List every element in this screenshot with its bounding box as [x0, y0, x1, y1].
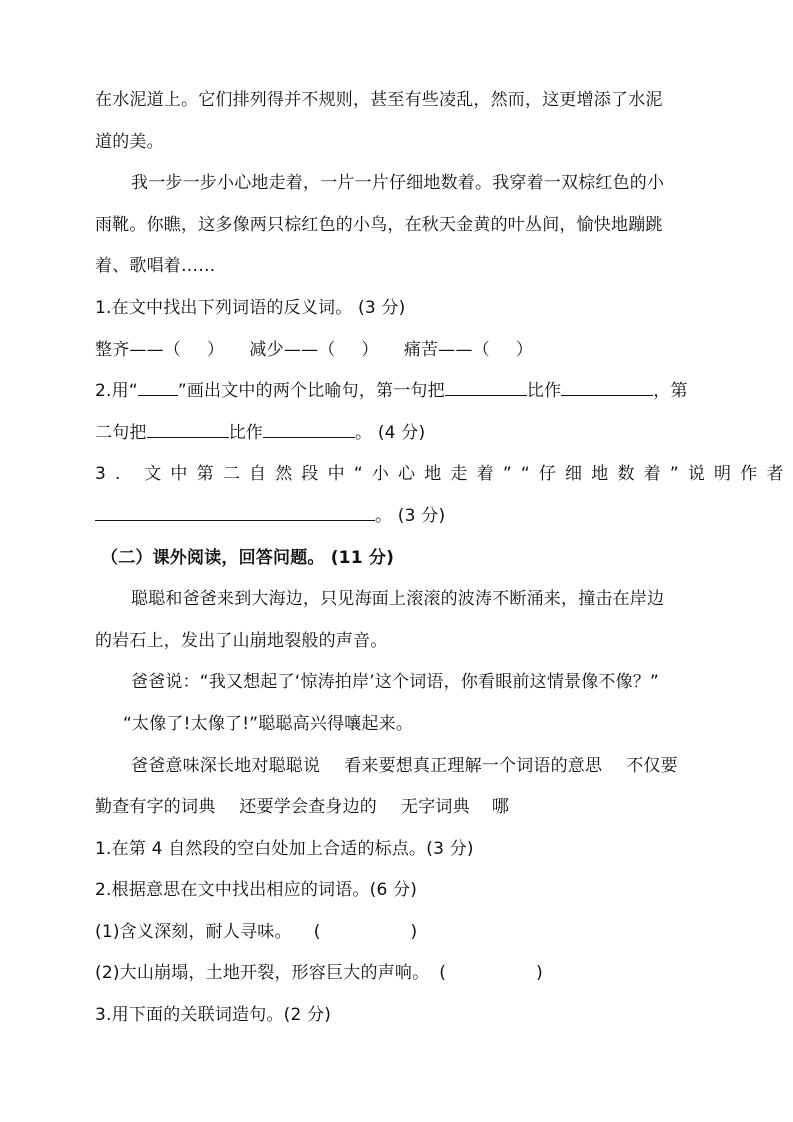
section2-question-2-item: (1)含义深刻，耐人寻味。() — [95, 912, 720, 954]
question-3-line1: 3. 文中第二自然段中“小心地走着”“仔细地数着”说明作者 — [95, 454, 720, 496]
underline-sample — [138, 381, 178, 396]
passage-line: 的岩石上，发出了山崩地裂般的声音。 — [95, 621, 720, 663]
question-1-title: 1.在文中找出下列词语的反义词。 (3 分) — [95, 288, 720, 330]
antonym-item-word: 痛苦——（ — [404, 340, 490, 360]
passage-text: 不仅要 — [626, 756, 678, 776]
answer-blank[interactable] — [263, 423, 355, 438]
passage-line: 雨靴。你瞧，这多像两只棕红色的小鸟，在秋天金黄的叶丛间，愉快地蹦跳 — [95, 205, 720, 247]
passage-line: 我一步一步小心地走着，一片一片仔细地数着。我穿着一双棕红色的小 — [95, 163, 720, 205]
paren-open: ( — [314, 922, 321, 942]
antonym-item-close: ） — [516, 340, 533, 360]
answer-blank[interactable] — [445, 381, 527, 396]
passage-text: 看来要想真正理解一个词语的意思 — [344, 756, 602, 776]
passage-line: 聪聪和爸爸来到大海边，只见海面上滚滚的波涛不断涌来，撞击在岸边 — [95, 579, 720, 621]
section2-question-1: 1.在第 4 自然段的空白处加上合适的标点。(3 分) — [95, 829, 720, 871]
passage-line: 在水泥道上。它们排列得并不规则，甚至有些凌乱，然而，这更增添了水泥 — [95, 80, 720, 122]
question-text: 。 (4 分) — [355, 423, 425, 443]
answer-blank[interactable] — [561, 381, 653, 396]
question-text: 比作 — [527, 381, 561, 401]
passage-text: 爸爸意味深长地对聪聪说 — [131, 756, 320, 776]
passage-text: 勤查有字的词典 — [95, 797, 215, 817]
antonym-item-word: 整齐——（ — [95, 340, 181, 360]
question-1-items: 整齐——（） 减少——（） 痛苦——（） — [95, 330, 720, 372]
antonym-item-word: 减少——（ — [249, 340, 335, 360]
paren-close: ) — [411, 922, 418, 942]
antonym-item-close: ） — [207, 340, 224, 360]
passage-line-punctuation-gaps: 爸爸意味深长地对聪聪说看来要想真正理解一个词语的意思不仅要 — [95, 746, 720, 788]
passage-line: 着、歌唱着…… — [95, 246, 720, 288]
question-text: 比作 — [229, 423, 263, 443]
passage-line: 道的美。 — [95, 122, 720, 164]
question-text: 。 (3 分) — [375, 506, 445, 526]
antonym-item-close: ） — [361, 340, 378, 360]
question-text: 2.用“ — [95, 381, 138, 401]
section2-question-2-item: (2)大山崩塌，土地开裂，形容巨大的声响。() — [95, 953, 720, 995]
question-3-line2: 。 (3 分) — [95, 496, 720, 538]
passage-text: 还要学会查身边的 — [239, 797, 377, 817]
passage-line: 爸爸说：“我又想起了‘惊涛拍岸’这个词语，你看眼前这情景像不像？” — [95, 662, 720, 704]
section-heading: （二）课外阅读，回答问题。 (11 分) — [95, 538, 720, 580]
section2-question-3: 3.用下面的关联词造句。(2 分) — [95, 995, 720, 1037]
question-2-line2: 二句把比作。 (4 分) — [95, 413, 720, 455]
question-2-line1: 2.用“”画出文中的两个比喻句，第一句把比作，第 — [95, 371, 720, 413]
answer-blank[interactable] — [95, 506, 375, 521]
section2-question-2-title: 2.根据意思在文中找出相应的词语。(6 分) — [95, 870, 720, 912]
passage-text: 哪 — [492, 797, 509, 817]
passage-line-punctuation-gaps: 勤查有字的词典还要学会查身边的无字词典哪 — [95, 787, 720, 829]
question-text: (2)大山崩塌，土地开裂，形容巨大的声响。 — [95, 963, 429, 983]
question-text: (1)含义深刻，耐人寻味。 — [95, 922, 292, 942]
passage-text: 无字词典 — [401, 797, 470, 817]
question-text: 二句把 — [95, 423, 147, 443]
question-text: ”画出文中的两个比喻句，第一句把 — [178, 381, 445, 401]
paren-open: ( — [439, 963, 446, 983]
paren-close: ) — [536, 963, 543, 983]
passage-line: “太像了!太像了!”聪聪高兴得嚷起来。 — [95, 704, 720, 746]
document-page: 在水泥道上。它们排列得并不规则，甚至有些凌乱，然而，这更增添了水泥 道的美。 我… — [95, 80, 720, 1037]
question-text: ，第 — [653, 381, 687, 401]
answer-blank[interactable] — [147, 423, 229, 438]
